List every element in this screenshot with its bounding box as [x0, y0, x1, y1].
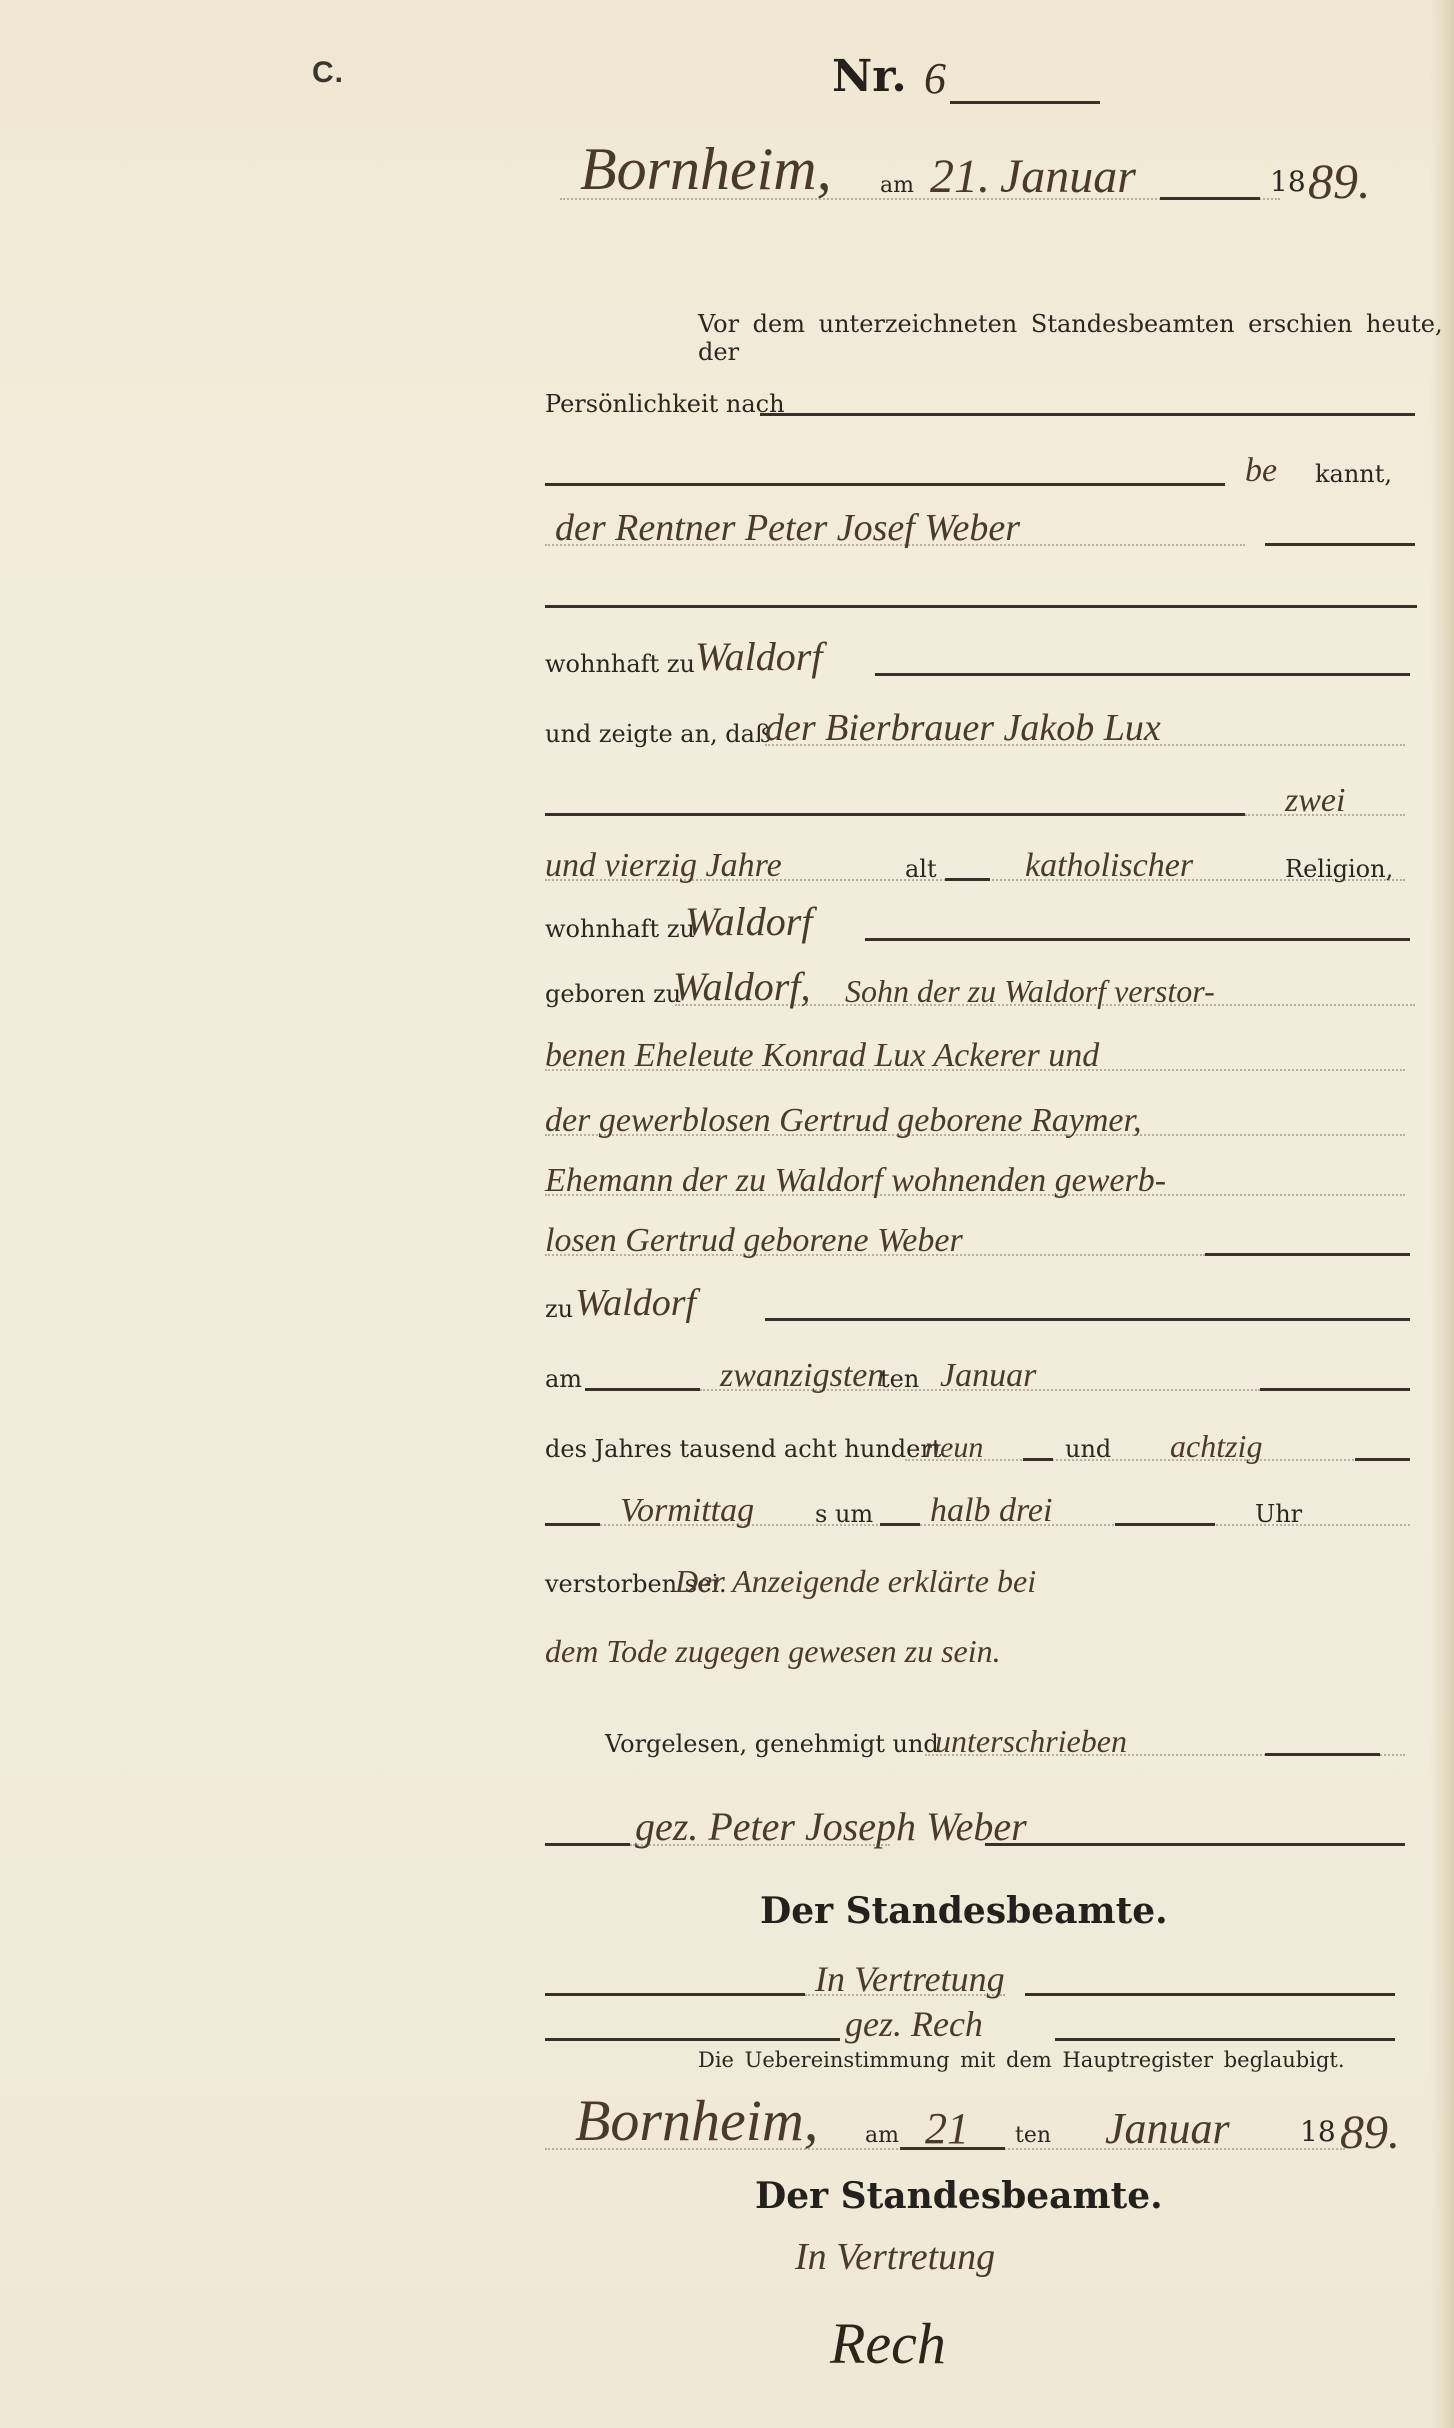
- jahres-label: des Jahres tausend acht hundert: [545, 1435, 941, 1463]
- informant-written: der Rentner Peter Josef Weber: [555, 506, 1020, 550]
- number-value: 6: [924, 53, 946, 104]
- persoenlichkeit-row: Persönlichkeit nach: [545, 370, 1415, 430]
- bekannt-written: be: [1245, 452, 1277, 490]
- geboren-value: Waldorf,: [673, 963, 810, 1010]
- official-title-2: Der Standesbeamte.: [755, 2175, 1163, 2217]
- uhr-label: Uhr: [1255, 1500, 1302, 1528]
- month-rule: [1160, 197, 1260, 200]
- parents-line-2: benen Eheleute Konrad Lux Ackerer und: [545, 1037, 1099, 1075]
- und-label: und: [1065, 1435, 1111, 1463]
- number-label: Nr.: [832, 51, 907, 102]
- deceased-written: der Bierbrauer Jakob Lux: [765, 706, 1161, 750]
- zu-value: Waldorf: [575, 1281, 696, 1325]
- certification-text: Die Uebereinstimmung mit dem Hauptregist…: [698, 2048, 1345, 2072]
- age-rule: [545, 813, 1245, 816]
- blank-row: [545, 560, 1415, 620]
- informant-rule: [1265, 543, 1415, 546]
- am-label: am: [545, 1365, 582, 1393]
- time-suffix: s um: [815, 1500, 873, 1528]
- official-title-1: Der Standesbeamte.: [760, 1890, 1168, 1932]
- age-written-1: zwei: [1285, 782, 1345, 820]
- informant-row: der Rentner Peter Josef Weber: [545, 500, 1415, 560]
- persoenlichkeit-rule: [760, 413, 1415, 416]
- cert-year-printed: 18: [1300, 2115, 1336, 2148]
- time-rule-1: [545, 1523, 600, 1526]
- time-written: halb drei: [930, 1492, 1052, 1530]
- bekannt-rule: [545, 483, 1225, 486]
- time-rule-2: [880, 1523, 920, 1526]
- official-signature-row-1: gez. Rech: [545, 1995, 1415, 2055]
- informant-residence-row: wohnhaft zu Waldorf: [545, 630, 1415, 690]
- death-remark-row: verstorben sei. Der Anzeigende erklärte …: [545, 1550, 1415, 1610]
- parents-row-2: benen Eheleute Konrad Lux Ackerer und: [545, 1025, 1415, 1085]
- time-rule-3: [1115, 1523, 1215, 1526]
- year-units-written: neun: [925, 1431, 983, 1465]
- tens-rule: [1355, 1458, 1410, 1461]
- month-rule: [1260, 1388, 1410, 1391]
- form-letter: C.: [312, 56, 344, 90]
- wohnhaft-label: wohnhaft zu: [545, 650, 695, 678]
- cert-place-date-line: Bornheim, am 21 ten Januar 18 89.: [545, 2080, 1425, 2170]
- parents-rule: [1205, 1253, 1410, 1256]
- in-vertretung-1: In Vertretung: [815, 1958, 1005, 2000]
- month-written: Januar: [1000, 149, 1136, 204]
- birthplace-row: geboren zu Waldorf, Sohn der zu Waldorf …: [545, 960, 1415, 1020]
- persoenlichkeit-label: Persönlichkeit nach: [545, 390, 785, 418]
- parents-row-5: losen Gertrud geborene Weber: [545, 1210, 1415, 1270]
- remark-line-2: dem Tode zugegen gewesen zu sein.: [545, 1633, 1001, 1670]
- death-place-row: zu Waldorf: [545, 1275, 1415, 1335]
- death-day-suffix: ten: [880, 1365, 919, 1393]
- vorgelesen-label: Vorgelesen, genehmigt und: [605, 1730, 939, 1758]
- year-printed: 18: [1270, 165, 1306, 198]
- death-month-written: Januar: [940, 1357, 1036, 1395]
- religion-written: katholischer: [1025, 847, 1193, 885]
- zu-label: zu: [545, 1295, 573, 1323]
- sig-rule-2: [985, 1843, 1405, 1846]
- am-label: am: [880, 173, 914, 198]
- official-signature-1: gez. Rech: [845, 2003, 983, 2045]
- religion-label: Religion,: [1285, 855, 1393, 883]
- year-tens-written: achtzig: [1170, 1428, 1262, 1465]
- parents-line-5: losen Gertrud geborene Weber: [545, 1222, 963, 1260]
- remark-line-1: Der Anzeigende erklärte bei: [675, 1563, 1036, 1600]
- wohnhaft-rule: [875, 673, 1410, 676]
- death-day-written: zwanzigsten: [720, 1357, 884, 1395]
- age-written-2: und vierzig Jahre: [545, 847, 782, 885]
- age-row-1: zwei: [545, 770, 1415, 830]
- bekannt-row: be kannt,: [545, 440, 1415, 500]
- informant-signature: gez. Peter Joseph Weber: [635, 1803, 1027, 1850]
- wohnhaft-value: Waldorf: [695, 633, 822, 680]
- cert-am: am: [865, 2123, 899, 2148]
- death-year-row: des Jahres tausend acht hundert neun und…: [545, 1415, 1415, 1475]
- blank-rule: [545, 605, 1417, 608]
- death-time-row: Vormittag s um halb drei Uhr: [545, 1480, 1415, 1540]
- rech-rule-2: [1055, 2038, 1395, 2041]
- alt-rule: [945, 878, 990, 881]
- cert-place: Bornheim,: [575, 2087, 818, 2154]
- vorgelesen-row: Vorgelesen, genehmigt und unterschrieben: [545, 1710, 1415, 1770]
- vorgelesen-rule: [1265, 1753, 1380, 1756]
- alt-label: alt: [905, 855, 937, 883]
- cert-month: Januar: [1105, 2103, 1230, 2154]
- informant-signature-row: gez. Peter Joseph Weber: [545, 1800, 1415, 1860]
- parents-line-3: der gewerblosen Gertrud geborene Raymer,: [545, 1102, 1141, 1140]
- zu-rule: [765, 1318, 1410, 1321]
- time-of-day-written: Vormittag: [620, 1492, 754, 1530]
- rech-rule-1: [545, 2038, 840, 2041]
- vorgelesen-value: unterschrieben: [935, 1723, 1127, 1760]
- bekannt-printed: kannt,: [1315, 460, 1392, 488]
- official-signature-2: Rech: [830, 2310, 946, 2377]
- record-number: Nr. 6: [832, 40, 1112, 110]
- deceased-row: und zeigte an, daß der Bierbrauer Jakob …: [545, 700, 1415, 760]
- year-written: 89.: [1308, 152, 1371, 210]
- sig-rule-1: [545, 1843, 630, 1846]
- remark-row-2: dem Tode zugegen gewesen zu sein.: [545, 1620, 1415, 1680]
- number-rule: [950, 101, 1100, 104]
- in-vertretung-2: In Vertretung: [795, 2235, 995, 2279]
- am-rule: [585, 1388, 700, 1391]
- zeigte-label: und zeigte an, daß: [545, 720, 771, 748]
- wohnhaft-value: Waldorf: [685, 898, 812, 945]
- wohnhaft-rule: [865, 938, 1410, 941]
- intro-text: Vor dem unterzeichneten Standesbeamten e…: [698, 310, 1454, 366]
- wohnhaft-label: wohnhaft zu: [545, 915, 695, 943]
- place-date-line: Bornheim, am 21. Januar 18 89.: [560, 120, 1400, 220]
- age-religion-row: und vierzig Jahre alt katholischer Relig…: [545, 835, 1415, 895]
- cert-year-written: 89.: [1340, 2105, 1400, 2160]
- cert-ten: ten: [1015, 2123, 1051, 2148]
- deceased-residence-row: wohnhaft zu Waldorf: [545, 895, 1415, 955]
- parents-row-4: Ehemann der zu Waldorf wohnenden gewerb-: [545, 1150, 1415, 1210]
- units-rule: [1023, 1458, 1053, 1461]
- day-written: 21.: [930, 149, 990, 204]
- place-written: Bornheim,: [580, 135, 832, 204]
- parents-line-4: Ehemann der zu Waldorf wohnenden gewerb-: [545, 1162, 1166, 1200]
- parents-row-3: der gewerblosen Gertrud geborene Raymer,: [545, 1090, 1415, 1150]
- death-date-row: am zwanzigsten ten Januar: [545, 1345, 1415, 1405]
- geboren-label: geboren zu: [545, 980, 681, 1008]
- cert-day: 21: [925, 2103, 969, 2154]
- parents-line-1: Sohn der zu Waldorf verstor-: [845, 973, 1215, 1010]
